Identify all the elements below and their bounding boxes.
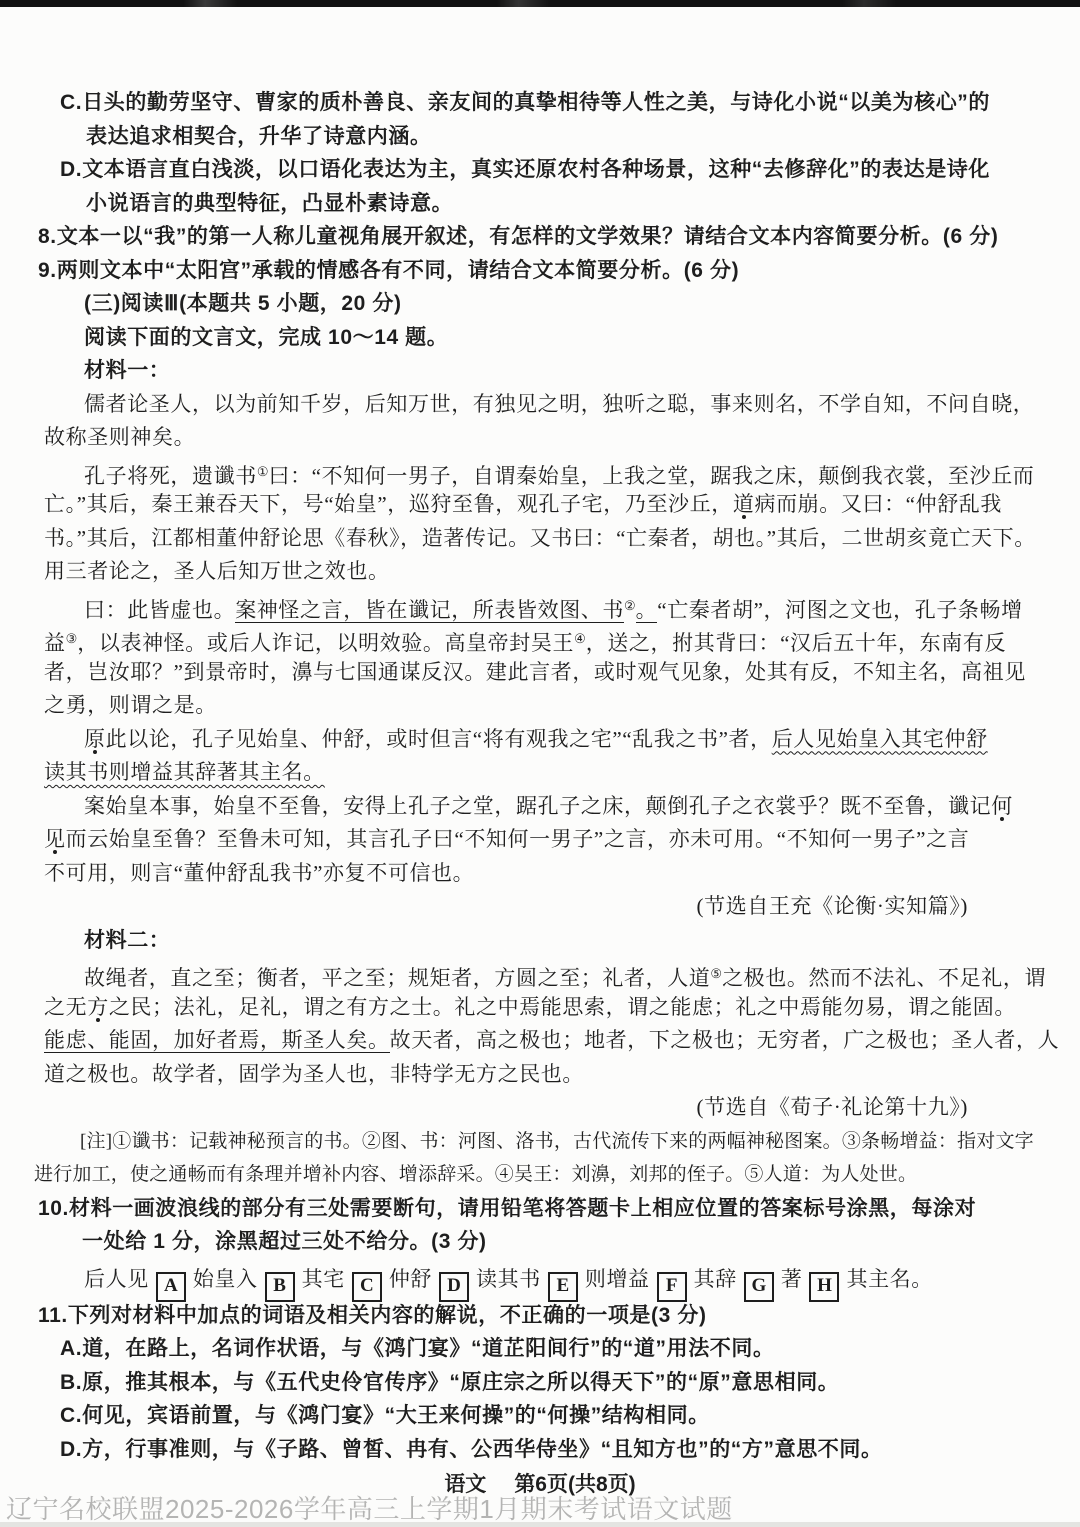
text-segment: A.道，在路上，名词作状语，与《鸿门宴》“道芷阳间行”的“道”用法不同。 [60,1337,775,1360]
text-segment: 其主名。 [846,1267,932,1291]
wavy-underlined-text: 读其书则增益其辞著其主名。 [44,760,325,784]
answer-box-h: H [809,1272,839,1302]
text-segment: 亡。”其后，秦王兼吞天下，号“始皇”，巡狩至鲁，观孔子宅，乃至沙丘， [44,492,733,516]
text-segment: 益 [44,631,66,655]
text-segment: 之民；法礼，足礼，谓之有方之士。礼之中焉能思索，谓之能虑；礼之中焉能勿易，谓之能… [109,995,1016,1019]
text-segment: 道之极也。故学者，固学为圣人也，非特学无方之民也。 [44,1062,584,1086]
text-segment: 11.下列对材料中加点的词语及相关内容的解说，不正确的一项是(3 分) [38,1304,707,1327]
answer-box-c: C [352,1272,382,1302]
option-11-c: C.何见，宾语前置，与《鸿门宴》“大王来何操”的“何操”结构相同。 [60,1399,1080,1433]
question-10-l2: 一处给 1 分，涂黑超过三处不给分。(3 分) [82,1225,1080,1259]
notes-line1: [注]①谶书：记载神秘预言的书。②图、书：河图、洛书，古代流传下来的两幅神秘图案… [80,1125,1080,1159]
material-2-label: 材料二： [84,924,1080,958]
text-segment: 此以论，孔子见始皇、仲舒，或时但言“将有观我之宅”“乱我之书”者， [106,727,772,751]
dotted-word-he: 何 [991,794,1013,818]
note-3-marker: ③ [66,631,78,646]
m1-p1-l1: 儒者论圣人，以为前知千岁，后知万世，有独见之明，独听之聪，事来则名，不学自知，不… [84,388,1080,422]
option-c-line1: C.日头的勤劳坚守、曹家的质朴善良、亲友间的真挚相待等人性之美，与诗化小说“以美… [60,86,1080,120]
text-segment: 其辞 [694,1267,737,1291]
text-segment: 案始皇本事，始皇不至鲁，安得上孔子之堂，踞孔子之床，颠倒孔子之衣裳乎？既不至鲁，… [84,794,991,818]
underlined-sentence-2: 能虑、能固，加好者焉，斯圣人矣。 [44,1028,390,1053]
m1-source: (节选自王充《论衡·实知篇》) [0,890,1080,924]
answer-box-g: G [744,1272,774,1302]
answer-box-d: D [439,1272,469,1302]
text-segment: 进行加工，使之通畅而有条理并增补内容、增添辞采。④吴王：刘濞，刘邦的侄子。⑤人道… [34,1164,917,1185]
option-11-a: A.道，在路上，名词作状语，与《鸿门宴》“道芷阳间行”的“道”用法不同。 [60,1332,1080,1366]
text-segment: 则增益 [585,1267,650,1291]
m1-p4-l1: 原此以论，孔子见始皇、仲舒，或时但言“将有观我之宅”“乱我之书”者，后人见始皇入… [84,723,1080,757]
text-segment: 曰：“不知何一男子，自谓秦始皇，上我之堂，踞我之床，颠倒我衣裳，至沙丘而 [268,464,1034,488]
text-segment: C.日头的勤劳坚守、曹家的质朴善良、亲友间的真挚相待等人性之美，与诗化小说“以美… [60,91,990,114]
text-segment: 阅读下面的文言文，完成 10～14 题。 [84,326,448,349]
text-segment: 之无 [44,995,87,1019]
question-8: 8.文本一以“我”的第一人称儿童视角展开叙述，有怎样的文学效果？请结合文本内容简… [38,220,1080,254]
m2-p1-l3: 能虑、能固，加好者焉，斯圣人矣。故天者，高之极也；地者，下之极也；无穷者，广之极… [44,1024,1080,1058]
question-11: 11.下列对材料中加点的词语及相关内容的解说，不正确的一项是(3 分) [38,1299,1080,1333]
scan-edge-top [0,0,1080,7]
sentence-break-line: 后人见A始皇入B其宅C仲舒D读其书E则增益F其辞G著H其主名。 [84,1259,1080,1299]
m1-p2-l2: 亡。”其后，秦王兼吞天下，号“始皇”，巡狩至鲁，观孔子宅，乃至沙丘，道病而崩。又… [44,488,1080,522]
answer-box-a: A [156,1272,186,1302]
text-segment: 其宅 [302,1267,345,1291]
answer-box-b: B [265,1272,295,1302]
exam-paper-page: { "page": { "footer": { "subject": "语文",… [0,0,1080,1527]
text-segment: 孔子将死，遗谶书 [84,464,257,488]
text-segment: D.文本语言直白浅淡，以口语化表达为主，真实还原农村各种场景，这种“去修辞化”的… [60,158,990,181]
option-d-line1: D.文本语言直白浅淡，以口语化表达为主，真实还原农村各种场景，这种“去修辞化”的… [60,153,1080,187]
m2-p1-l4: 道之极也。故学者，固学为圣人也，非特学无方之民也。 [44,1058,1080,1092]
text-segment: 材料一： [84,359,170,382]
note-5-marker: ⑤ [710,966,722,981]
text-segment: 一处给 1 分，涂黑超过三处不给分。(3 分) [82,1230,487,1253]
m1-p5-l3: 不可用，则言“董仲舒乱我书”亦复不可信也。 [44,857,1080,891]
text-segment: C.何见，宾语前置，与《鸿门宴》“大王来何操”的“何操”结构相同。 [60,1404,710,1427]
option-c-line2: 表达追求相契合，升华了诗意内涵。 [86,120,1080,154]
text-segment: ，送之，拊其背曰：“汉后五十年，东南有反 [586,631,1006,655]
m1-p3-l1: 曰：此皆虚也。案神怪之言，皆在谶记，所表皆效图、书②。“亡秦者胡”，河图之文也，… [84,589,1080,623]
text-segment: 始皇入 [193,1267,258,1291]
text-segment: (节选自王充《论衡·实知篇》) [697,894,968,918]
note-2-marker: ② [624,598,636,613]
answer-box-f: F [657,1272,687,1302]
dotted-word-jian: 见 [44,827,66,851]
notes-line2: 进行加工，使之通畅而有条理并增补内容、增添辞采。④吴王：刘濞，刘邦的侄子。⑤人道… [34,1158,1080,1192]
text-segment: (节选自《荀子·礼论第十九》) [697,1095,968,1119]
m1-p2-l1: 孔子将死，遗谶书①曰：“不知何一男子，自谓秦始皇，上我之堂，踞我之床，颠倒我衣裳… [84,455,1080,489]
text-segment: B.原，推其根本，与《五代史伶官传序》“原庄宗之所以得天下”的“原”意思相同。 [60,1371,839,1394]
m1-p2-l3: 书。”其后，江都相董仲舒论思《春秋》，造著传记。又书曰：“亡秦者，胡也。”其后，… [44,522,1080,556]
text-segment: 而云始皇至鲁？至鲁未可知，其言孔子曰“不知何一男子”之言，亦未可用。“不知何一男… [66,827,970,851]
text-segment: (三)阅读Ⅲ(本题共 5 小题，20 分) [84,292,402,315]
text-segment: [注]①谶书：记载神秘预言的书。②图、书：河图、洛书，古代流传下来的两幅神秘图案… [80,1131,1034,1152]
document-content: C.日头的勤劳坚守、曹家的质朴善良、亲友间的真挚相待等人性之美，与诗化小说“以美… [0,86,1080,1466]
text-segment: 用三者论之，圣人后知万世之效也。 [44,559,390,583]
dotted-word-yuan: 原 [84,727,106,751]
m1-p2-l4: 用三者论之，圣人后知万世之效也。 [44,555,1080,589]
section-3-header: (三)阅读Ⅲ(本题共 5 小题，20 分) [84,287,1080,321]
text-segment: “亡秦者胡”，河图之文也，孔子条畅增 [657,598,1022,622]
text-segment: 之勇，则谓之是。 [44,693,217,717]
text-segment: 之极也。然而不法礼、不足礼，谓 [722,966,1046,990]
text-segment: 不可用，则言“董仲舒乱我书”亦复不可信也。 [44,861,474,885]
m1-p3-l3: 者，岂汝耶？”到景帝时，濞与七国通谋反汉。建此言者，或时观气见象，处其有反，不知… [44,656,1080,690]
text-segment: 读其书 [476,1267,541,1291]
text-segment: 儒者论圣人，以为前知千岁，后知万世，有独见之明，独听之聪，事来则名，不学自知，不… [84,392,1034,416]
question-10-l1: 10.材料一画波浪线的部分有三处需要断句，请用铅笔将答题卡上相应位置的答案标号涂… [38,1192,1080,1226]
text-segment: 曰：此皆虚也。 [84,598,235,622]
text-segment: 书。”其后，江都相董仲舒论思《春秋》，造著传记。又书曰：“亡秦者，胡也。”其后，… [44,526,1036,550]
answer-box-e: E [548,1272,578,1302]
wavy-underlined-text: 后人见始皇入其宅仲舒 [772,727,988,751]
material-1-label: 材料一： [84,354,1080,388]
text-segment: 表达追求相契合，升华了诗意内涵。 [86,125,432,148]
option-d-line2: 小说语言的典型特征，凸显朴素诗意。 [86,187,1080,221]
m1-p5-l1: 案始皇本事，始皇不至鲁，安得上孔子之堂，踞孔子之床，颠倒孔子之衣裳乎？既不至鲁，… [84,790,1080,824]
dotted-word-fang: 方 [87,995,109,1019]
watermark-text: 辽宁名校联盟2025-2026学年高三上学期1月期末考试语文试题 [6,1489,733,1526]
option-11-d: D.方，行事准则，与《子路、曾皙、冉有、公西华侍坐》“且知方也”的“方”意思不同… [60,1433,1080,1467]
m2-source: (节选自《荀子·礼论第十九》) [0,1091,1080,1125]
text-segment: 8.文本一以“我”的第一人称儿童视角展开叙述，有怎样的文学效果？请结合文本内容简… [38,225,998,248]
m1-p3-l4: 之勇，则谓之是。 [44,689,1080,723]
m1-p4-l2: 读其书则增益其辞著其主名。 [44,756,1080,790]
m2-p1-l1: 故绳者，直之至；衡者，平之至；规矩者，方圆之至；礼者，人道⑤之极也。然而不法礼、… [84,957,1080,991]
text-segment: 小说语言的典型特征，凸显朴素诗意。 [86,192,453,215]
note-1-marker: ① [257,464,269,479]
text-segment: 9.两则文本中“太阳宫”承载的情感各有不同，请结合文本简要分析。(6 分) [38,259,739,282]
m1-p3-l2: 益③，以表神怪。或后人诈记，以明效验。高皇帝封吴王④，送之，拊其背曰：“汉后五十… [44,622,1080,656]
text-segment: 10.材料一画波浪线的部分有三处需要断句，请用铅笔将答题卡上相应位置的答案标号涂… [38,1197,976,1220]
text-segment: 仲舒 [389,1267,432,1291]
m2-p1-l2: 之无方之民；法礼，足礼，谓之有方之士。礼之中焉能思索，谓之能虑；礼之中焉能勿易，… [44,991,1080,1025]
text-segment: 者，岂汝耶？”到景帝时，濞与七国通谋反汉。建此言者，或时观气见象，处其有反，不知… [44,660,1026,684]
reading-instruction: 阅读下面的文言文，完成 10～14 题。 [84,321,1080,355]
note-4-marker: ④ [574,631,586,646]
text-segment: 后人见 [84,1267,149,1291]
text-segment: 。 [636,598,658,623]
m1-p1-l2: 故称圣则神矣。 [44,421,1080,455]
text-segment: 故绳者，直之至；衡者，平之至；规矩者，方圆之至；礼者，人道 [84,966,710,990]
text-segment: D.方，行事准则，与《子路、曾皙、冉有、公西华侍坐》“且知方也”的“方”意思不同… [60,1438,883,1461]
text-segment: 故称圣则神矣。 [44,425,195,449]
text-segment: 病而崩。又曰：“仲舒乱我 [754,492,1002,516]
scan-edge-bottom [0,1522,1080,1527]
m1-p5-l2: 见而云始皇至鲁？至鲁未可知，其言孔子曰“不知何一男子”之言，亦未可用。“不知何一… [44,823,1080,857]
text-segment: 著 [781,1267,803,1291]
option-11-b: B.原，推其根本，与《五代史伶官传序》“原庄宗之所以得天下”的“原”意思相同。 [60,1366,1080,1400]
question-9: 9.两则文本中“太阳宫”承载的情感各有不同，请结合文本简要分析。(6 分) [38,254,1080,288]
underlined-sentence-1: 案神怪之言，皆在谶记，所表皆效图、书 [235,598,624,623]
text-segment: ，以表神怪。或后人诈记，以明效验。高皇帝封吴王 [77,631,574,655]
text-segment: 故天者，高之极也；地者，下之极也；无穷者，广之极也；圣人者，人 [390,1028,1060,1052]
text-segment: 材料二： [84,929,170,952]
dotted-word-dao: 道 [733,492,755,516]
